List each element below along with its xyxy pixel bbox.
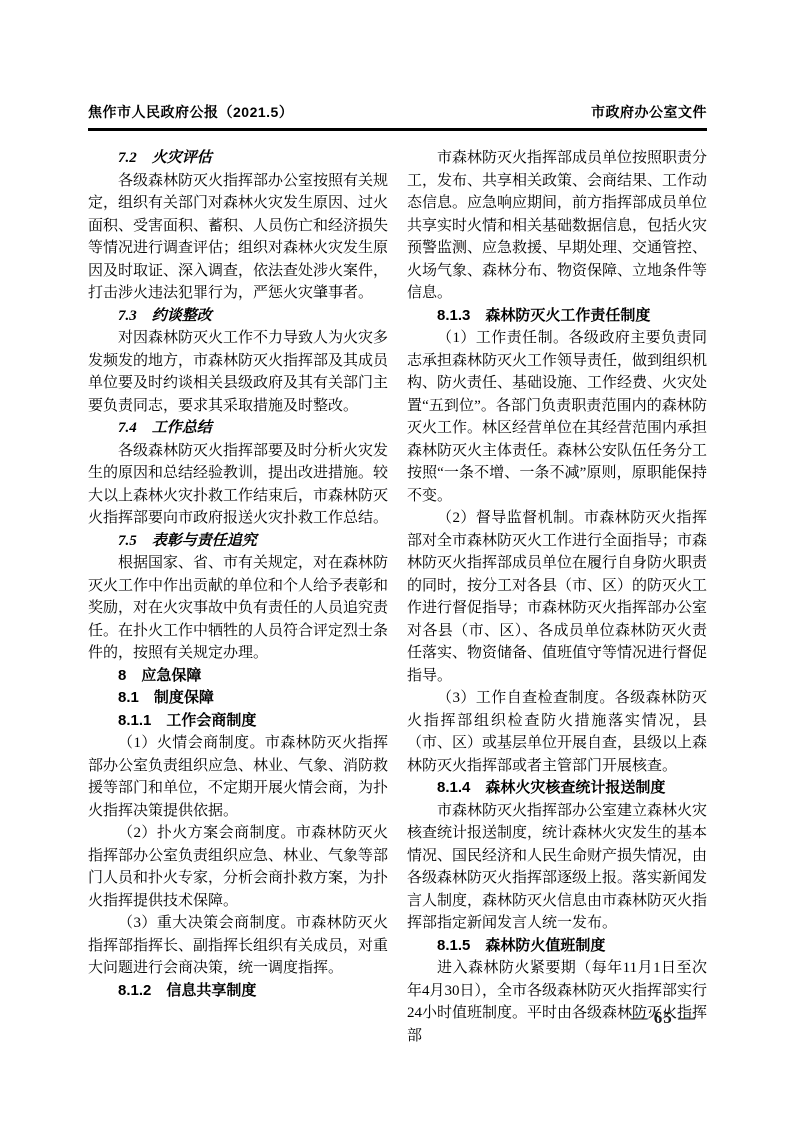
paragraph: （1）工作责任制。各级政府主要负责同志承担森林防灭火工作领导责任，做到组织机构、… bbox=[407, 327, 707, 507]
column-right: 市森林防灭火指挥部成员单位按照职责分工，发布、共享相关政策、会商结果、工作动态信… bbox=[407, 147, 707, 1047]
section-heading: 8.1.1 工作会商制度 bbox=[88, 710, 388, 733]
section-heading: 8.1.2 信息共享制度 bbox=[88, 980, 388, 1003]
paragraph: （2）扑火方案会商制度。市森林防灭火指挥部办公室负责组织应急、林业、气象等部门人… bbox=[88, 822, 388, 912]
header-right-title: 市政府办公室文件 bbox=[591, 102, 707, 122]
section-heading: 7.5 表彰与责任追究 bbox=[88, 530, 388, 553]
paragraph: （2）督导监督机制。市森林防灭火指挥部对全市森林防灭火工作进行全面指导；市森林防… bbox=[407, 507, 707, 687]
page-header: 焦作市人民政府公报（2021.5） 市政府办公室文件 bbox=[88, 102, 707, 131]
section-heading: 7.3 约谈整改 bbox=[88, 305, 388, 328]
section-heading: 8.1.5 森林防火值班制度 bbox=[407, 935, 707, 958]
paragraph: 各级森林防灭火指挥部办公室按照有关规定，组织有关部门对森林火灾发生原因、过火面积… bbox=[88, 170, 388, 305]
body-columns: 7.2 火灾评估各级森林防灭火指挥部办公室按照有关规定，组织有关部门对森林火灾发… bbox=[88, 147, 707, 1047]
section-heading: 8.1 制度保障 bbox=[88, 687, 388, 710]
column-left: 7.2 火灾评估各级森林防灭火指挥部办公室按照有关规定，组织有关部门对森林火灾发… bbox=[88, 147, 388, 1047]
paragraph: 各级森林防灭火指挥部要及时分析火灾发生的原因和总结经验教训，提出改进措施。较大以… bbox=[88, 440, 388, 530]
paragraph: （1）火情会商制度。市森林防灭火指挥部办公室负责组织应急、林业、气象、消防救援等… bbox=[88, 732, 388, 822]
paragraph: （3）工作自查检查制度。各级森林防灭火指挥部组织检查防火措施落实情况，县（市、区… bbox=[407, 687, 707, 777]
paragraph: 对因森林防灭火工作不力导致人为火灾多发频发的地方，市森林防灭火指挥部及其成员单位… bbox=[88, 327, 388, 417]
paragraph: 市森林防灭火指挥部办公室建立森林火灾核查统计报送制度，统计森林火灾发生的基本情况… bbox=[407, 800, 707, 935]
section-heading: 8.1.4 森林火灾核查统计报送制度 bbox=[407, 777, 707, 800]
section-heading: 7.4 工作总结 bbox=[88, 417, 388, 440]
header-left-title: 焦作市人民政府公报（2021.5） bbox=[88, 102, 293, 122]
section-heading: 8.1.3 森林防灭火工作责任制度 bbox=[407, 305, 707, 328]
paragraph: 市森林防灭火指挥部成员单位按照职责分工，发布、共享相关政策、会商结果、工作动态信… bbox=[407, 147, 707, 305]
page-number: — 65 — bbox=[631, 1008, 697, 1028]
gazette-page: 焦作市人民政府公报（2021.5） 市政府办公室文件 7.2 火灾评估各级森林防… bbox=[0, 0, 793, 1122]
section-heading: 7.2 火灾评估 bbox=[88, 147, 388, 170]
paragraph: 根据国家、省、市有关规定，对在森林防灭火工作中作出贡献的单位和个人给予表彰和奖励… bbox=[88, 552, 388, 665]
paragraph: 进入森林防火紧要期（每年11月1日至次年4月30日），全市各级森林防灭火指挥部实… bbox=[407, 957, 707, 1047]
paragraph: （3）重大决策会商制度。市森林防灭火指挥部指挥长、副指挥长组织有关成员，对重大问… bbox=[88, 912, 388, 980]
section-heading: 8 应急保障 bbox=[88, 665, 388, 688]
